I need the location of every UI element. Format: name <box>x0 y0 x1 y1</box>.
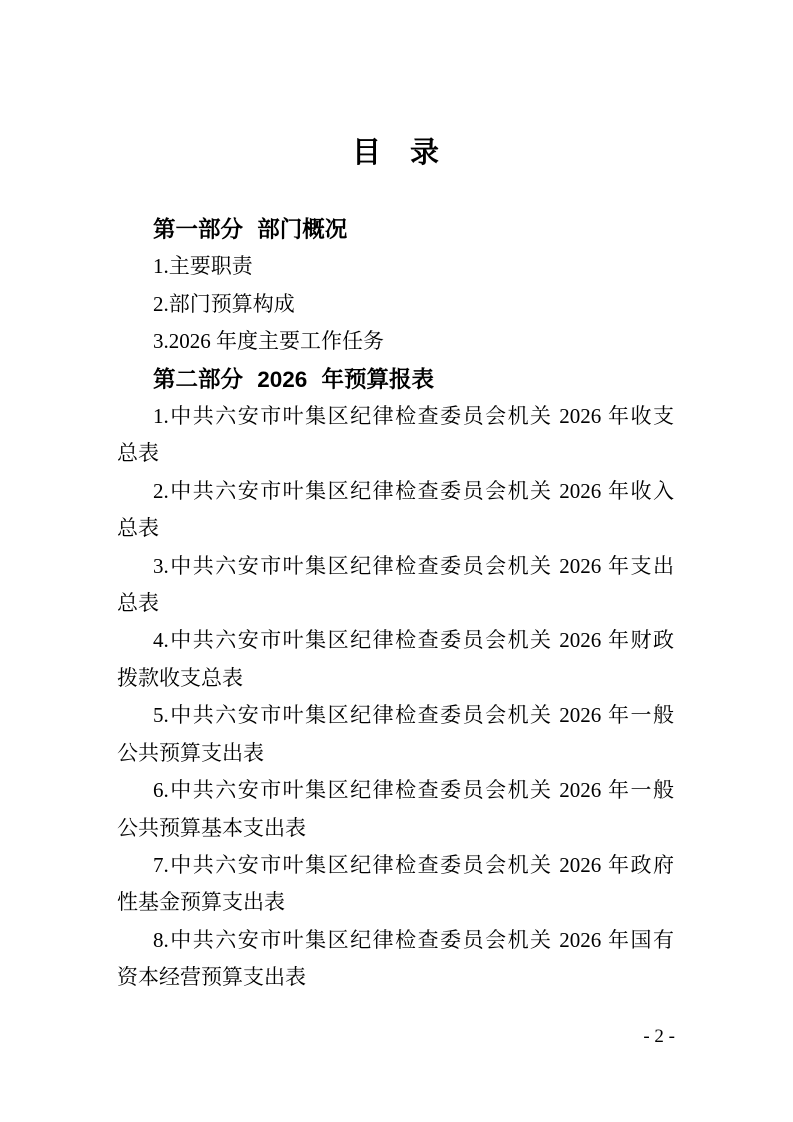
page-number: - 2 - <box>643 1026 675 1048</box>
toc-item: 7.中共六安市叶集区纪律检查委员会机关 2026 年政府 性基金预算支出表 <box>117 847 674 922</box>
toc-item: 3.中共六安市叶集区纪律检查委员会机关 2026 年支出 总表 <box>117 548 674 623</box>
document-page: 目 录 第一部分 部门概况 1.主要职责 2.部门预算构成 3.2026 年度主… <box>0 0 793 1122</box>
toc-item: 4.中共六安市叶集区纪律检查委员会机关 2026 年财政 拨款收支总表 <box>117 622 674 697</box>
section-heading-part1: 第一部分 部门概况 <box>117 211 674 248</box>
document-content: 目 录 第一部分 部门概况 1.主要职责 2.部门预算构成 3.2026 年度主… <box>117 0 674 997</box>
toc-item: 6.中共六安市叶集区纪律检查委员会机关 2026 年一般 公共预算基本支出表 <box>117 772 674 847</box>
document-title: 目 录 <box>117 136 674 170</box>
toc-item: 5.中共六安市叶集区纪律检查委员会机关 2026 年一般 公共预算支出表 <box>117 697 674 772</box>
toc-item: 1.中共六安市叶集区纪律检查委员会机关 2026 年收支 总表 <box>117 398 674 473</box>
toc-item: 2.部门预算构成 <box>117 286 674 323</box>
section-heading-part2: 第二部分 2026 年预算报表 <box>117 361 674 398</box>
toc-item: 1.主要职责 <box>117 248 674 285</box>
toc-item: 2.中共六安市叶集区纪律检查委员会机关 2026 年收入 总表 <box>117 473 674 548</box>
toc-item: 8.中共六安市叶集区纪律检查委员会机关 2026 年国有 资本经营预算支出表 <box>117 922 674 997</box>
table-of-contents: 第一部分 部门概况 1.主要职责 2.部门预算构成 3.2026 年度主要工作任… <box>117 211 674 997</box>
toc-item: 3.2026 年度主要工作任务 <box>117 323 674 360</box>
